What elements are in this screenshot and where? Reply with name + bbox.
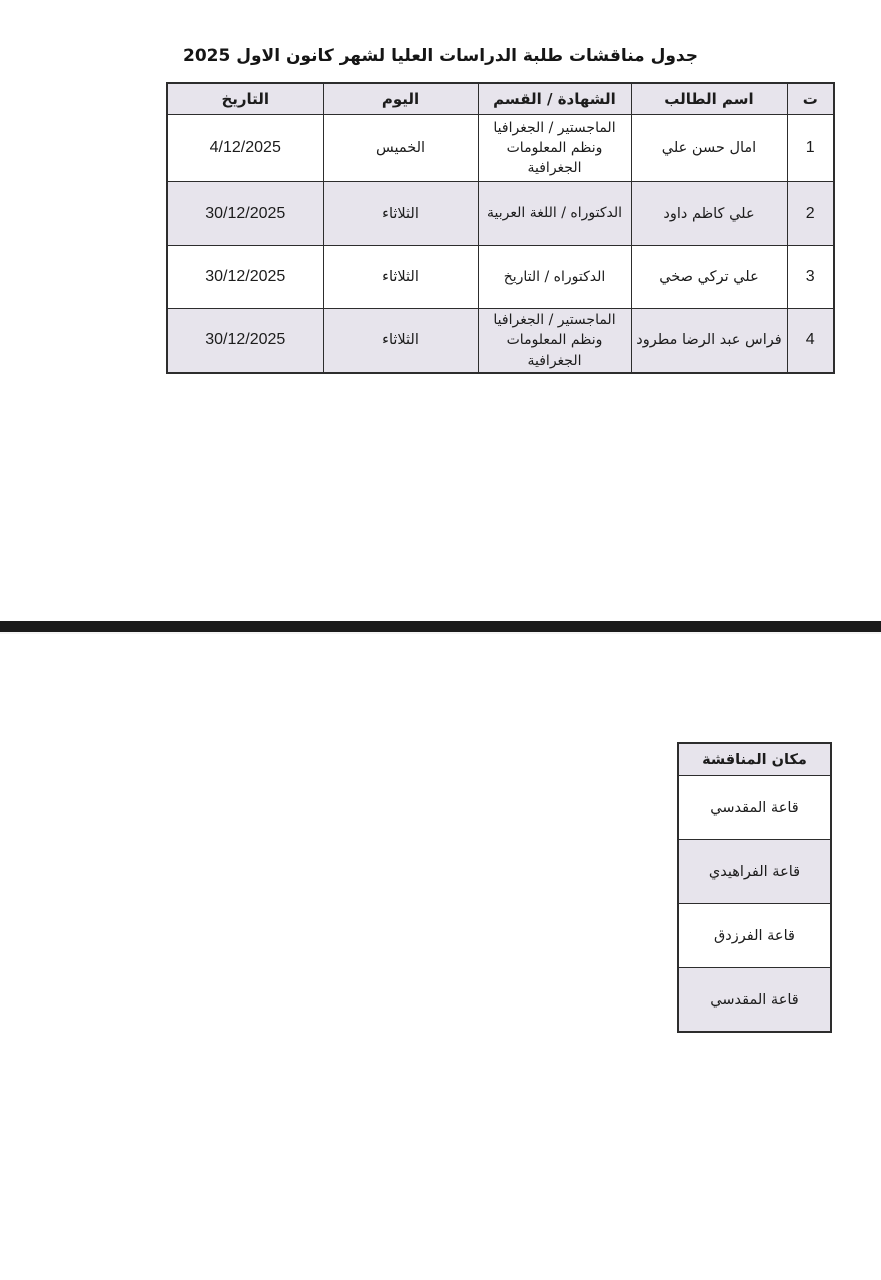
location-header-row: مكان المناقشة [678, 743, 831, 776]
cell-no: 1 [787, 115, 834, 182]
table-row: 1 امال حسن علي الماجستير / الجغرافيا ونظ… [167, 115, 834, 182]
header-location: مكان المناقشة [678, 743, 831, 776]
cell-location: قاعة المقدسي [678, 776, 831, 840]
cell-no: 3 [787, 246, 834, 309]
cell-location: قاعة الفرزدق [678, 904, 831, 968]
document-page: جدول مناقشات طلبة الدراسات العليا لشهر ك… [0, 0, 881, 1280]
cell-location: قاعة المقدسي [678, 968, 831, 1033]
cell-degree-department: الماجستير / الجغرافيا ونظم المعلومات الج… [478, 309, 631, 373]
page-separator-bar [0, 621, 881, 634]
cell-date: 4/12/2025 [167, 115, 323, 182]
cell-degree-department: الدكتوراه / اللغة العربية [478, 182, 631, 246]
schedule-header-row: ت اسم الطالب الشهادة / القسم اليوم التار… [167, 83, 834, 115]
list-item: قاعة الفراهيدي [678, 840, 831, 904]
cell-day: الخميس [323, 115, 478, 182]
header-degree-department: الشهادة / القسم [478, 83, 631, 115]
list-item: قاعة المقدسي [678, 968, 831, 1033]
discussion-schedule-table: ت اسم الطالب الشهادة / القسم اليوم التار… [166, 82, 835, 374]
discussion-location-table: مكان المناقشة قاعة المقدسي قاعة الفراهيد… [677, 742, 832, 1033]
header-day: اليوم [323, 83, 478, 115]
cell-degree-department: الماجستير / الجغرافيا ونظم المعلومات الج… [478, 115, 631, 182]
table-row: 3 علي تركي صخي الدكتوراه / التاريخ الثلا… [167, 246, 834, 309]
cell-day: الثلاثاء [323, 182, 478, 246]
header-date: التاريخ [167, 83, 323, 115]
cell-day: الثلاثاء [323, 309, 478, 373]
cell-day: الثلاثاء [323, 246, 478, 309]
list-item: قاعة المقدسي [678, 776, 831, 840]
cell-date: 30/12/2025 [167, 182, 323, 246]
list-item: قاعة الفرزدق [678, 904, 831, 968]
page-title: جدول مناقشات طلبة الدراسات العليا لشهر ك… [0, 46, 881, 66]
cell-student-name: علي كاظم داود [631, 182, 787, 246]
cell-student-name: فراس عبد الرضا مطرود [631, 309, 787, 373]
header-student-name: اسم الطالب [631, 83, 787, 115]
cell-no: 4 [787, 309, 834, 373]
cell-date: 30/12/2025 [167, 309, 323, 373]
cell-location: قاعة الفراهيدي [678, 840, 831, 904]
cell-student-name: امال حسن علي [631, 115, 787, 182]
cell-date: 30/12/2025 [167, 246, 323, 309]
table-row: 2 علي كاظم داود الدكتوراه / اللغة العربي… [167, 182, 834, 246]
cell-degree-department: الدكتوراه / التاريخ [478, 246, 631, 309]
header-no: ت [787, 83, 834, 115]
cell-no: 2 [787, 182, 834, 246]
table-row: 4 فراس عبد الرضا مطرود الماجستير / الجغر… [167, 309, 834, 373]
cell-student-name: علي تركي صخي [631, 246, 787, 309]
